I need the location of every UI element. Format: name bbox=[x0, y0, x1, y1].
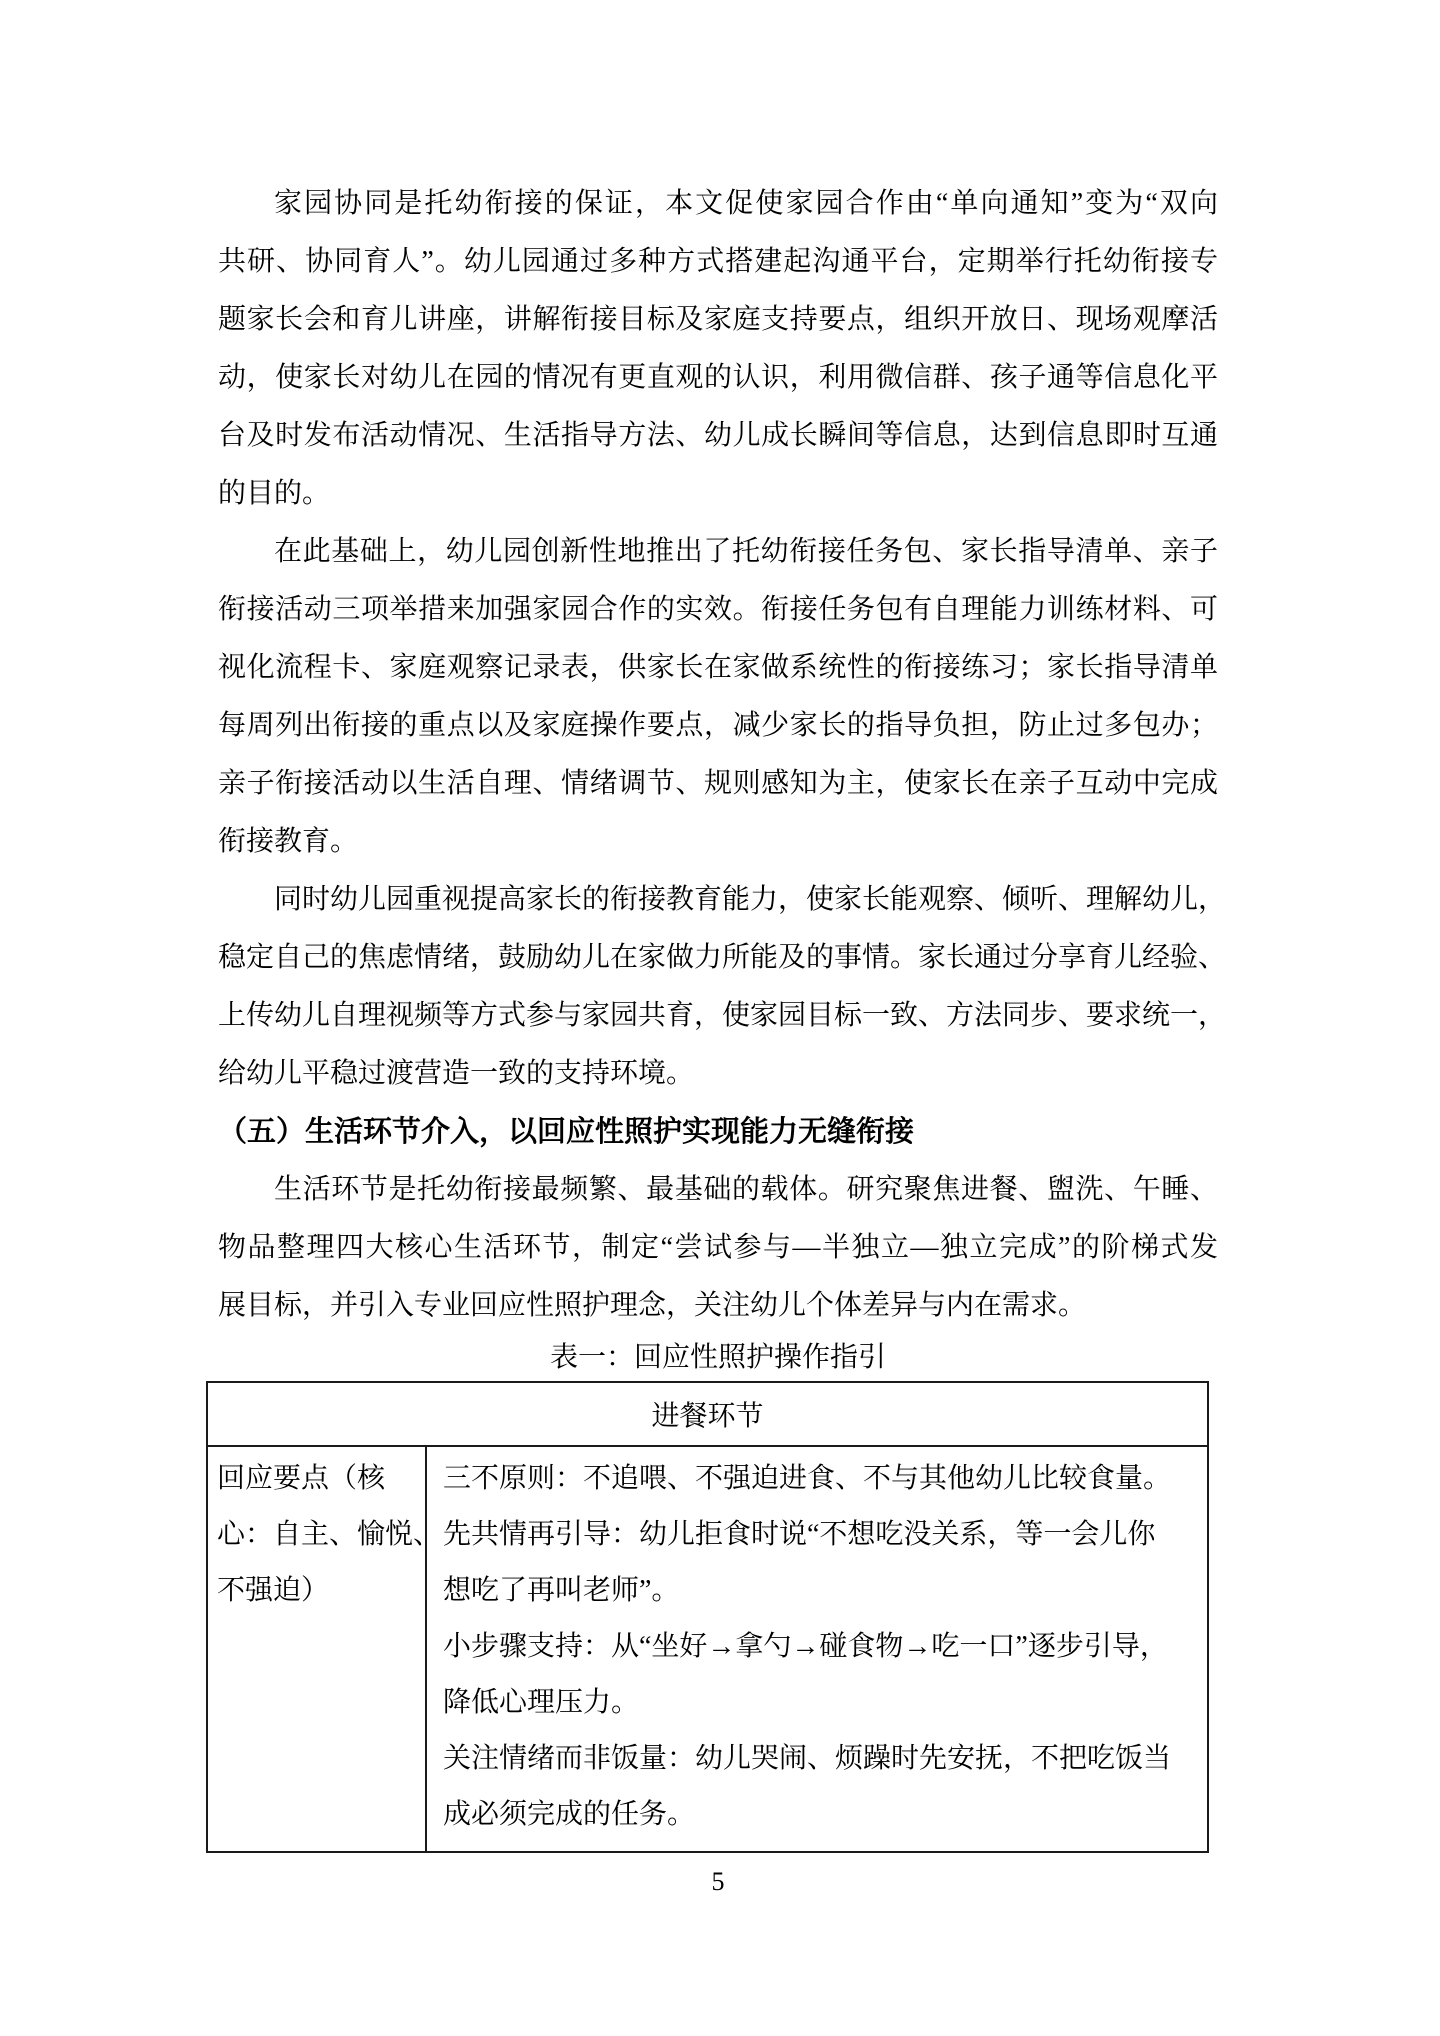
text-line: 衔接教育。 bbox=[218, 813, 1218, 871]
text-line: 共研、协同育人”。幼儿园通过多种方式搭建起沟通平台，定期举行托幼衔接专 bbox=[218, 233, 1218, 291]
text-line: 给幼儿平稳过渡营造一致的支持环境。 bbox=[218, 1045, 1218, 1103]
text-line: 想吃了再叫老师”。 bbox=[443, 1563, 1199, 1619]
text-line: 成必须完成的任务。 bbox=[443, 1787, 1199, 1843]
text-line: 展目标，并引入专业回应性照护理念，关注幼儿个体差异与内在需求。 bbox=[218, 1277, 1218, 1335]
body-paragraph: 家园协同是托幼衔接的保证，本文促使家园合作由“单向通知”变为“双向共研、协同育人… bbox=[218, 175, 1218, 523]
section-heading: （五）生活环节介入，以回应性照护实现能力无缝衔接 bbox=[218, 1103, 1218, 1161]
text-line: 先共情再引导：幼儿拒食时说“不想吃没关系，等一会儿你 bbox=[443, 1507, 1199, 1563]
text-line: 心：自主、愉悦、 bbox=[217, 1507, 419, 1563]
table-label-cell: 回应要点（核心：自主、愉悦、不强迫） bbox=[207, 1446, 426, 1852]
body-paragraph: 生活环节是托幼衔接最频繁、最基础的载体。研究聚焦进餐、盥洗、午睡、物品整理四大核… bbox=[218, 1161, 1218, 1335]
text-line: 家园协同是托幼衔接的保证，本文促使家园合作由“单向通知”变为“双向 bbox=[218, 175, 1218, 233]
text-line: 不强迫） bbox=[217, 1563, 419, 1619]
text-line: 亲子衔接活动以生活自理、情绪调节、规则感知为主，使家长在亲子互动中完成 bbox=[218, 755, 1218, 813]
text-line: 物品整理四大核心生活环节，制定“尝试参与—半独立—独立完成”的阶梯式发 bbox=[218, 1219, 1218, 1277]
body-paragraph: 在此基础上，幼儿园创新性地推出了托幼衔接任务包、家长指导清单、亲子衔接活动三项举… bbox=[218, 523, 1218, 871]
care-guide-table: 进餐环节 回应要点（核心：自主、愉悦、不强迫） 三不原则：不追喂、不强迫进食、不… bbox=[206, 1381, 1209, 1853]
text-line: 回应要点（核 bbox=[217, 1451, 419, 1507]
text-line: 题家长会和育儿讲座，讲解衔接目标及家庭支持要点，组织开放日、现场观摩活 bbox=[218, 291, 1218, 349]
table-content-cell: 三不原则：不追喂、不强迫进食、不与其他幼儿比较食量。先共情再引导：幼儿拒食时说“… bbox=[426, 1446, 1208, 1852]
page-number: 5 bbox=[218, 1867, 1218, 1897]
text-line: 在此基础上，幼儿园创新性地推出了托幼衔接任务包、家长指导清单、亲子 bbox=[218, 523, 1218, 581]
table-header-cell: 进餐环节 bbox=[207, 1382, 1208, 1446]
text-line: 降低心理压力。 bbox=[443, 1675, 1199, 1731]
text-line: 动，使家长对幼儿在园的情况有更直观的认识，利用微信群、孩子通等信息化平 bbox=[218, 349, 1218, 407]
body-paragraph: 同时幼儿园重视提高家长的衔接教育能力，使家长能观察、倾听、理解幼儿，稳定自己的焦… bbox=[218, 871, 1218, 1103]
text-line: 三不原则：不追喂、不强迫进食、不与其他幼儿比较食量。 bbox=[443, 1451, 1199, 1507]
document-page: 家园协同是托幼衔接的保证，本文促使家园合作由“单向通知”变为“双向共研、协同育人… bbox=[0, 0, 1440, 2036]
text-line: 同时幼儿园重视提高家长的衔接教育能力，使家长能观察、倾听、理解幼儿， bbox=[218, 871, 1218, 929]
text-line: 稳定自己的焦虑情绪，鼓励幼儿在家做力所能及的事情。家长通过分享育儿经验、 bbox=[218, 929, 1218, 987]
text-line: 关注情绪而非饭量：幼儿哭闹、烦躁时先安抚，不把吃饭当 bbox=[443, 1731, 1199, 1787]
text-line: 生活环节是托幼衔接最频繁、最基础的载体。研究聚焦进餐、盥洗、午睡、 bbox=[218, 1161, 1218, 1219]
text-line: 每周列出衔接的重点以及家庭操作要点，减少家长的指导负担，防止过多包办； bbox=[218, 697, 1218, 755]
text-line: 上传幼儿自理视频等方式参与家园共育，使家园目标一致、方法同步、要求统一， bbox=[218, 987, 1218, 1045]
text-line: 的目的。 bbox=[218, 465, 1218, 523]
text-line: 衔接活动三项举措来加强家园合作的实效。衔接任务包有自理能力训练材料、可 bbox=[218, 581, 1218, 639]
text-line: 台及时发布活动情况、生活指导方法、幼儿成长瞬间等信息，达到信息即时互通 bbox=[218, 407, 1218, 465]
table-caption: 表一：回应性照护操作指引 bbox=[218, 1335, 1218, 1381]
text-line: 小步骤支持：从“坐好→拿勺→碰食物→吃一口”逐步引导， bbox=[443, 1619, 1199, 1675]
text-line: 视化流程卡、家庭观察记录表，供家长在家做系统性的衔接练习；家长指导清单 bbox=[218, 639, 1218, 697]
